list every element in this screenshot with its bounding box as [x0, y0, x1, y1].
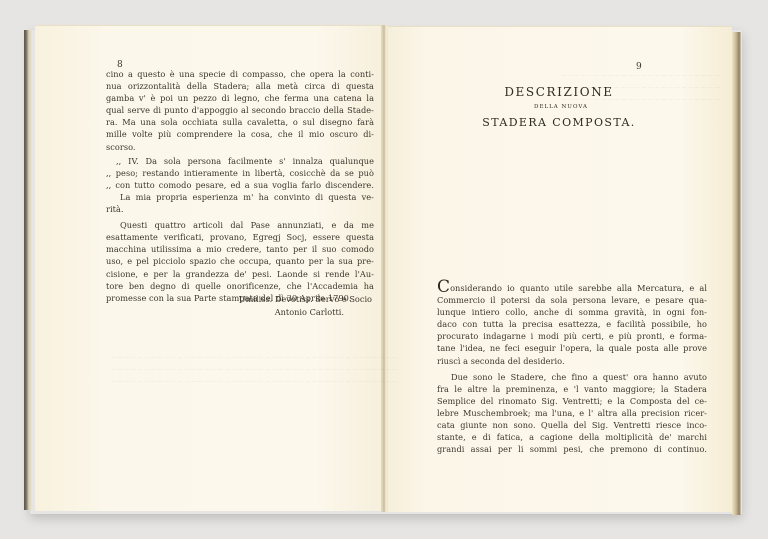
- text-line: tore ben degno di quelle onorificenze, c…: [106, 280, 374, 292]
- right-page-body: Considerando io quanto utile sarebbe all…: [437, 281, 707, 455]
- text-line: macchina utilissima a mio credere, tanto…: [106, 243, 374, 255]
- text-line: onsiderando io quanto utile sarebbe alla…: [450, 283, 707, 293]
- bleed-through-text: ~~~~~~~~~~~~~~~~~~~~~~~~~~~~~~~~~~~~~~~~…: [560, 70, 710, 106]
- text-line: daco con tutta la precisa esattezza, e f…: [437, 318, 707, 330]
- text-line: cata giunte non sono. Quella del Sig. Ve…: [437, 419, 707, 431]
- chapter-title-secondary: STADERA COMPOSTA.: [386, 116, 732, 129]
- text-line: procurato indagarne i modi più certi, e …: [437, 330, 707, 342]
- text-line: cisione, e per la grandezza de' pesi. La…: [106, 268, 374, 280]
- text-line: lunque intiero collo, anche di somma gra…: [437, 306, 707, 318]
- text-line: Semplice del rinomato Sig. Ventretti; e …: [437, 395, 707, 407]
- text-line: rità.: [106, 203, 374, 215]
- signature-title: Umiliss. Devotiss. Servo e Socio: [200, 293, 372, 306]
- text-line: grandi assai per li sommi pesi, che prem…: [437, 443, 707, 455]
- text-line: scorso.: [106, 141, 374, 153]
- text-line: esattamente verificati, provano, Egregj …: [106, 231, 374, 243]
- text-line: Questi quattro articoli dal Pase annunzi…: [106, 219, 374, 231]
- text-line: Commercio il potersi da sola persona lev…: [437, 294, 707, 306]
- text-line: mille volte più comprendere la cosa, che…: [106, 128, 374, 140]
- text-line: stante, e di fatica, a cagione della mol…: [437, 431, 707, 443]
- text-line: qual serve di punto d'appoggio al second…: [106, 104, 374, 116]
- text-line: riuscì a seconda del desiderio.: [437, 355, 707, 367]
- bleed-through-text: ~~~~~~~~~~~~~~~~~~~~~~~~~~~~~~~~~~~~~~~~…: [110, 352, 370, 388]
- left-page-body: cino a questo è una specie di compasso, …: [106, 68, 374, 304]
- signature-name: Antonio Carlotti.: [200, 306, 372, 319]
- text-line: tane l'idea, ne feci eseguir l'opera, la…: [437, 342, 707, 354]
- text-line: ra. Ma una sola occhiata sulla cavaletta…: [106, 116, 374, 128]
- text-line: La mia propria esperienza m' ha convinto…: [106, 191, 374, 203]
- quote-line: ,, IV. Da sola persona facilmente s' inn…: [106, 155, 374, 167]
- text-line: gamba v' è poi un pezzo di legno, che fe…: [106, 92, 374, 104]
- text-line: lebre Muschembroek; ma l'una, e l' altra…: [437, 407, 707, 419]
- text-line: Due sono le Stadere, che fino a quest' o…: [437, 371, 707, 383]
- signature-block: Umiliss. Devotiss. Servo e Socio Antonio…: [200, 293, 372, 318]
- quote-line: ,, peso; restando intieramente in libert…: [106, 167, 374, 179]
- text-line: cino a questo è una specie di compasso, …: [106, 68, 374, 80]
- quote-line: ,, con tutto comodo pesare, ed a sua vog…: [106, 179, 374, 191]
- text-line-first: Considerando io quanto utile sarebbe all…: [437, 281, 707, 294]
- text-line: fra le altre la preminenza, e 'l vanto m…: [437, 383, 707, 395]
- text-line: uso, e pel picciolo spazio che occupa, q…: [106, 255, 374, 267]
- text-line: nua orizzontalità della Stadera; alla me…: [106, 80, 374, 92]
- book-cover-edge-left: [24, 30, 32, 510]
